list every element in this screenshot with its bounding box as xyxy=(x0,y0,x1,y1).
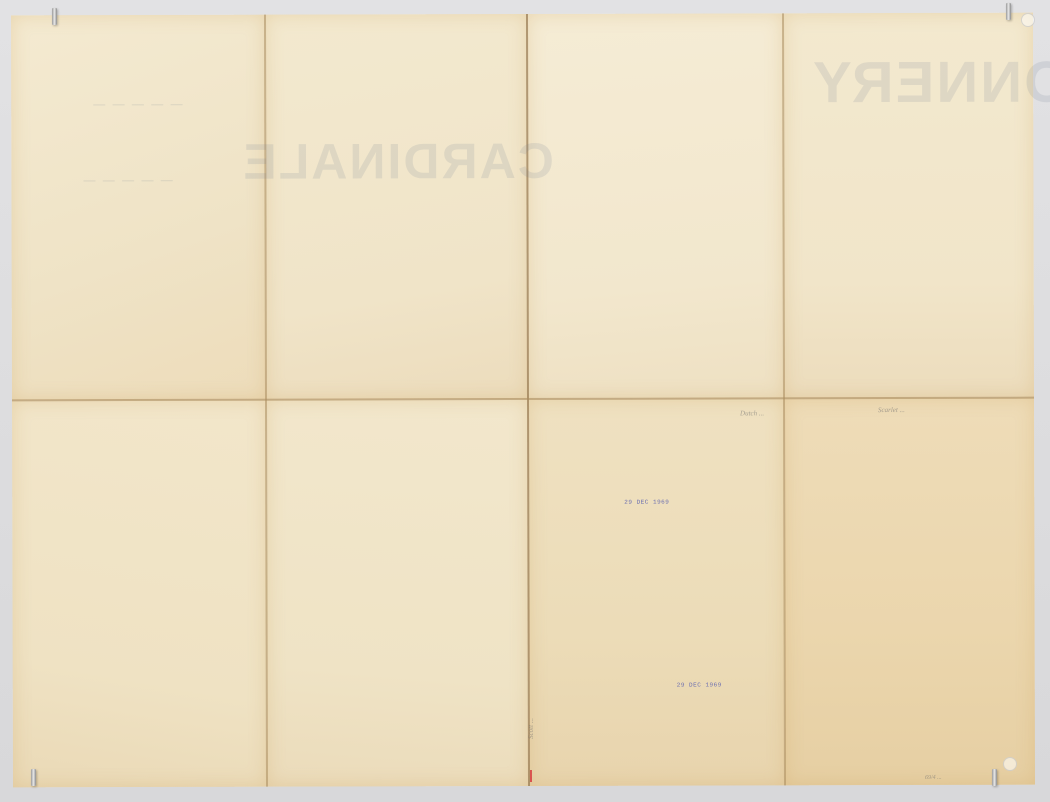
panel-bottom-3 xyxy=(528,398,785,786)
clip-bottom-left xyxy=(31,769,36,786)
panel-bottom-4 xyxy=(784,398,1035,786)
tape-top-right xyxy=(1021,13,1035,27)
pencil-note-top-center: Dutch ... xyxy=(740,409,764,417)
date-stamp-lower: 29 DEC 1969 xyxy=(677,681,722,688)
panel-top-2 xyxy=(265,14,528,400)
panel-top-1 xyxy=(11,15,266,401)
clip-top-right xyxy=(1006,3,1011,20)
printer-code: 69/4 ... xyxy=(925,775,942,781)
show-through-headline-right: CONNERY xyxy=(811,48,1050,116)
clip-bottom-right xyxy=(992,769,997,786)
show-through-line-2: — — — — — xyxy=(81,173,172,187)
panel-bottom-1 xyxy=(12,400,267,788)
pencil-note-top-right: Scarlet ... xyxy=(878,406,905,414)
tape-bottom-right xyxy=(1003,757,1017,771)
panel-bottom-2 xyxy=(266,399,529,787)
panel-top-3 xyxy=(527,13,784,399)
poster-sheet: CONNERY CARDINALE — — — — — — — — — — 29… xyxy=(11,13,1035,788)
show-through-headline-center: CARDINALE xyxy=(241,132,554,191)
pencil-note-bottom-fold: Scott ... xyxy=(527,718,535,739)
show-through-line-1: — — — — — xyxy=(91,97,182,111)
date-stamp-upper: 29 DEC 1969 xyxy=(624,499,669,506)
clip-top-left xyxy=(52,8,57,25)
red-mark xyxy=(530,770,532,782)
